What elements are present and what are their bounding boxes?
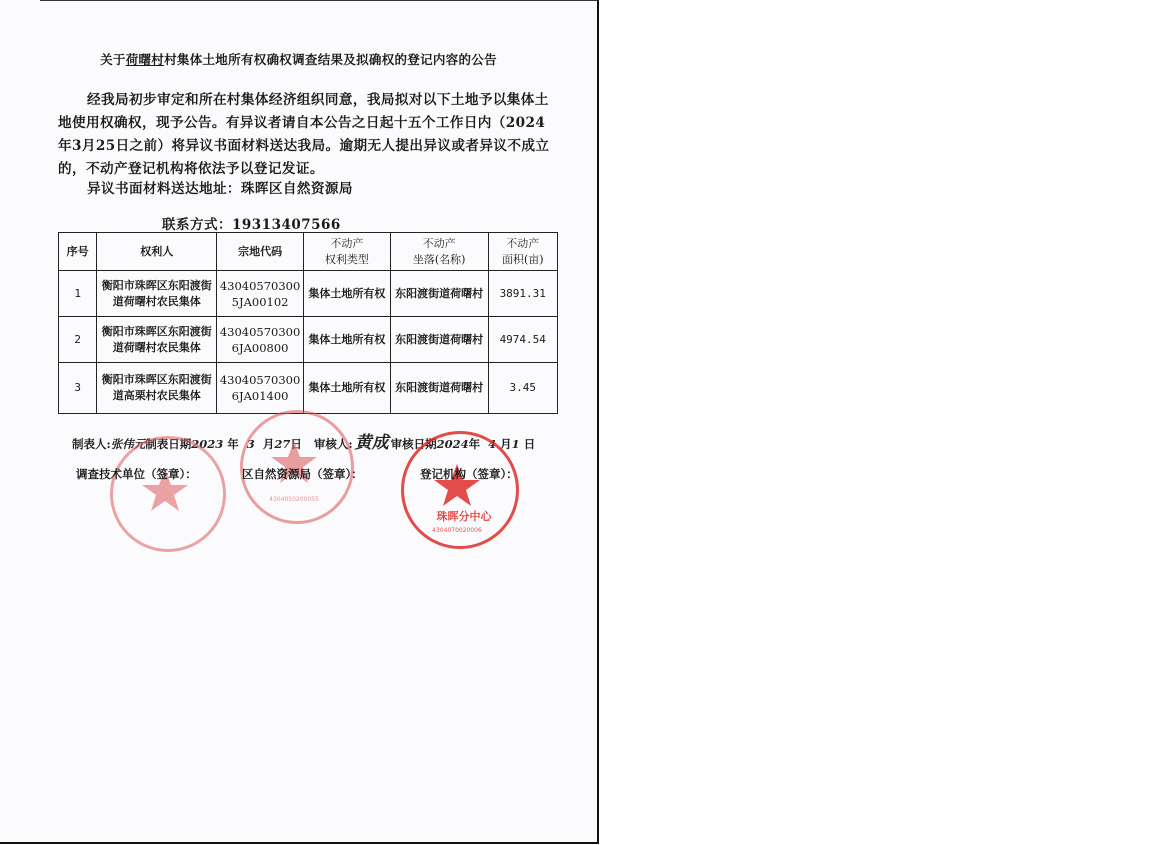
preparer-label: 制表人:: [72, 436, 111, 452]
objection-address: 异议书面材料送达地址：珠晖区自然资源局: [58, 178, 587, 201]
cell-code: 430405703005JA00102: [217, 271, 304, 317]
cell-location: 东阳渡街道荷曙村: [390, 317, 488, 363]
contact-info: 联系方式：19313407566: [162, 213, 341, 233]
bureau-label: 区自然资源局（签章）：: [242, 466, 363, 482]
scanned-document-page: 关于荷曙村村集体土地所有权确权调查结果及拟确权的登记内容的公告 经我局初步审定和…: [0, 0, 599, 844]
cell-type: 集体土地所有权: [304, 271, 391, 317]
star-icon: [113, 439, 217, 543]
cell-area: 4974.54: [488, 317, 558, 363]
cell-area: 3891.31: [488, 271, 558, 317]
table-row: 1衡阳市珠晖区东阳渡街道荷曙村农民集体430405703005JA00102集体…: [59, 271, 558, 317]
day-char-2: 日: [524, 436, 536, 452]
cell-type: 集体土地所有权: [304, 363, 391, 414]
review-day: 1: [512, 437, 520, 451]
land-rights-table: 序号权利人宗地代码不动产 权利类型不动产 坐落(名称)不动产 面积(亩) 1衡阳…: [58, 232, 558, 414]
star-icon: 4304050200055: [243, 413, 345, 515]
column-header: 不动产 权利类型: [304, 233, 391, 271]
column-header: 权利人: [97, 233, 217, 271]
cell-code: 430405703006JA01400: [217, 363, 304, 414]
title-rest: 村集体土地所有权确权调查结果及拟确权的登记内容的公告: [164, 52, 497, 67]
star-icon: 珠晖分中心 4304070020006: [404, 434, 510, 540]
paragraph-text: 经我局初步审定和所在村集体经济组织同意，我局拟对以下土地予以集体土地使用权确权，…: [58, 92, 549, 177]
registry-seal: 珠晖分中心 4304070020006: [401, 431, 519, 549]
reviewer-signature: 黄成: [355, 428, 389, 453]
column-header: 不动产 面积(亩): [488, 233, 558, 271]
column-header: 不动产 坐落(名称): [390, 233, 488, 271]
svg-text:4304050200055: 4304050200055: [269, 496, 319, 503]
cell-type: 集体土地所有权: [304, 317, 391, 363]
svg-text:珠晖分中心: 珠晖分中心: [437, 509, 493, 523]
cell-location: 东阳渡街道荷曙村: [390, 363, 488, 414]
table-header-row: 序号权利人宗地代码不动产 权利类型不动产 坐落(名称)不动产 面积(亩): [59, 233, 558, 271]
notice-paragraph: 经我局初步审定和所在村集体经济组织同意，我局拟对以下土地予以集体土地使用权确权，…: [58, 89, 558, 181]
svg-text:4304070020006: 4304070020006: [432, 527, 482, 534]
cell-no: 2: [59, 317, 97, 363]
cell-owner: 衡阳市珠晖区东阳渡街道高栗村农民集体: [97, 363, 217, 414]
survey-unit-seal: [110, 436, 226, 552]
year-char: 年: [227, 436, 239, 452]
notice-title: 关于荷曙村村集体土地所有权确权调查结果及拟确权的登记内容的公告: [0, 50, 597, 68]
cell-no: 1: [59, 271, 97, 317]
cell-no: 3: [59, 363, 97, 414]
title-prefix: 关于: [100, 52, 126, 67]
cell-code: 430405703006JA00800: [217, 317, 304, 363]
column-header: 宗地代码: [217, 233, 304, 271]
survey-unit-label: 调查技术单位（签章）：: [76, 466, 197, 482]
cell-location: 东阳渡街道荷曙村: [390, 271, 488, 317]
cell-area: 3.45: [488, 363, 558, 414]
title-village: 荷曙村: [126, 52, 164, 67]
table-row: 2衡阳市珠晖区东阳渡街道荷曙村农民集体430405703006JA00800集体…: [59, 317, 558, 363]
column-header: 序号: [59, 233, 97, 271]
cell-owner: 衡阳市珠晖区东阳渡街道荷曙村农民集体: [97, 271, 217, 317]
table-row: 3衡阳市珠晖区东阳渡街道高栗村农民集体430405703006JA01400集体…: [59, 363, 558, 414]
registry-label: 登记机构（签章）：: [420, 466, 518, 482]
cell-owner: 衡阳市珠晖区东阳渡街道荷曙村农民集体: [97, 317, 217, 363]
page-edge: [40, 0, 597, 1]
